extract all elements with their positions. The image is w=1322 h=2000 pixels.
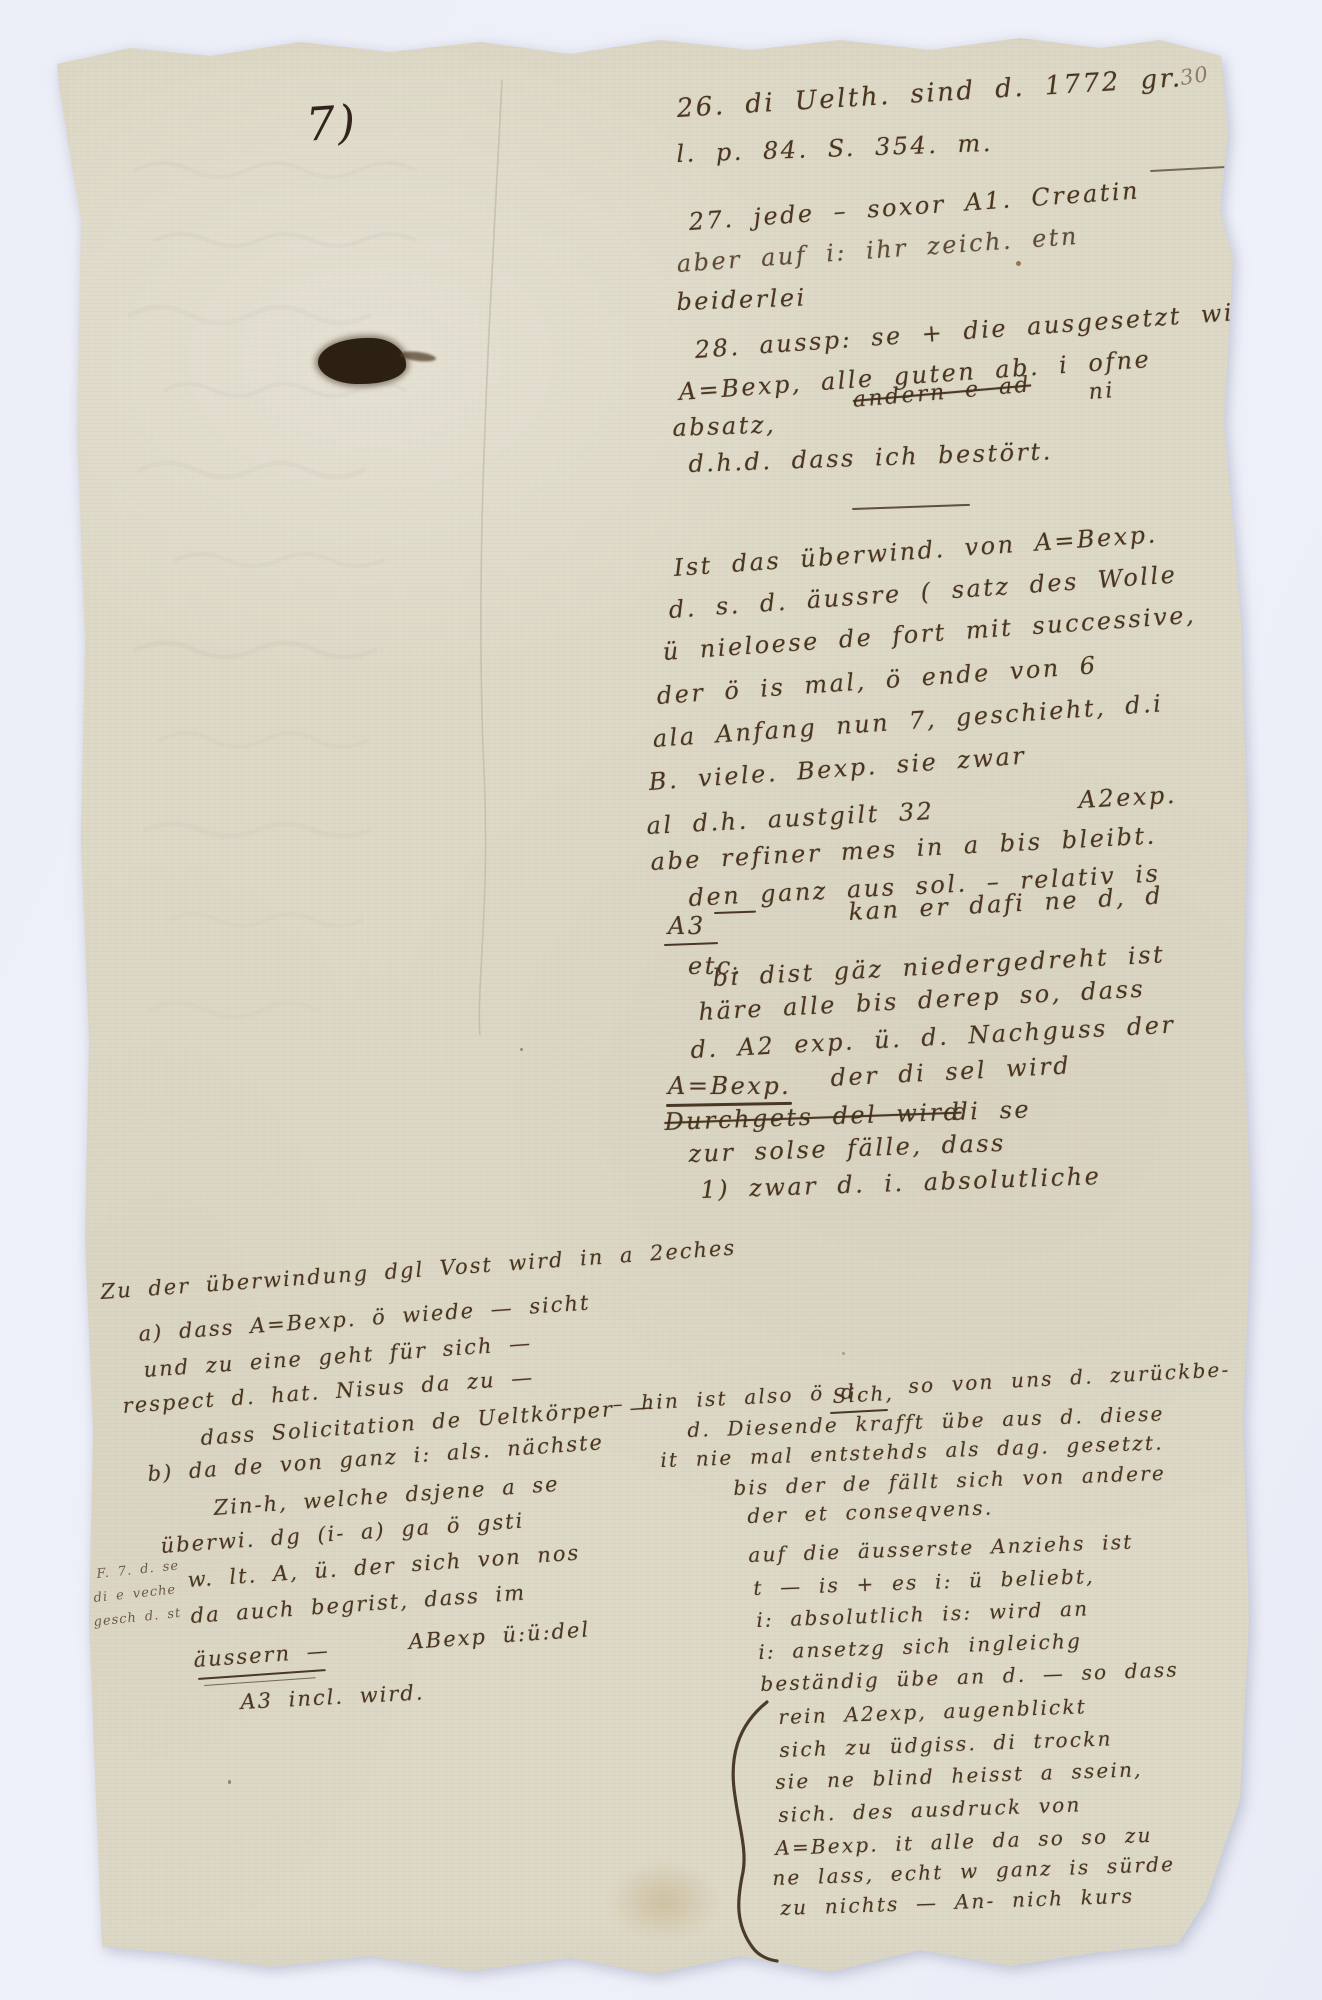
- margin-note-line: di e veche: [93, 1583, 177, 1605]
- handwritten-line: sie ne blind heisst a ssein,: [775, 1759, 1143, 1792]
- handwritten-line: Zu der überwindung dgl Vost wird in a 2e…: [100, 1238, 737, 1303]
- handwritten-line: A=Bexp. it alle da so so zu: [775, 1825, 1153, 1858]
- handwritten-line: Sich,: [832, 1383, 895, 1406]
- handwritten-line: l. p. 84. S. 354. m.: [676, 131, 993, 166]
- scanned-manuscript: 30 7): [0, 0, 1322, 2000]
- handwritten-line: A3: [668, 914, 706, 938]
- handwritten-line: t — is + es i: ü beliebt,: [753, 1566, 1095, 1598]
- handwritten-line: A=Bexp.: [668, 1074, 791, 1098]
- underline-mark: [664, 942, 718, 946]
- underline-mark: [714, 911, 756, 914]
- handwritten-line: zur solse fälle, dass: [688, 1131, 1006, 1166]
- handwritten-line: absatz,: [672, 412, 776, 440]
- paper-speck: [228, 1780, 231, 1784]
- brace-mark: [715, 1698, 785, 1966]
- handwritten-line: ni: [1088, 380, 1116, 404]
- paper-stain: [608, 1860, 720, 1942]
- handwritten-line: der et conseqvens.: [747, 1497, 994, 1526]
- handwritten-line: A2exp.: [1078, 783, 1177, 812]
- handwritten-line: rein A2exp, augenblickt: [778, 1696, 1087, 1727]
- handwritten-line: bis der de fällt sich von andere: [733, 1463, 1166, 1498]
- paper-crease: [440, 70, 540, 1050]
- handwritten-line: 26. di Uelth. sind d. 1772 gr.: [676, 65, 1183, 122]
- handwritten-line: so von uns d. zurückbe-: [908, 1359, 1231, 1396]
- handwritten-line: beständig übe an d. — so dass: [760, 1659, 1179, 1694]
- handwritten-line: d.h.d. dass ich bestört.: [688, 439, 1053, 476]
- paper-speck: [1016, 261, 1021, 266]
- handwritten-line: der di sel wird: [830, 1053, 1072, 1090]
- handwritten-line: sich. des ausdruck von: [778, 1794, 1082, 1825]
- separator-rule: [852, 504, 970, 510]
- handwritten-line: 1) zwar d. i. absolutliche: [700, 1164, 1102, 1202]
- manuscript-page: 30 7): [0, 0, 1322, 2000]
- handwritten-line: i: absolutlich is: wird an: [756, 1598, 1090, 1630]
- handwritten-line: äussern —: [193, 1640, 330, 1670]
- underline-mark: [1150, 165, 1250, 172]
- handwritten-line: auf die äusserste Anziehs ist: [748, 1532, 1134, 1565]
- handwritten-line: ne lass, echt w ganz is sürde: [772, 1854, 1176, 1888]
- margin-note-line: gesch d. st: [93, 1607, 182, 1629]
- margin-note-line: F. 7. d. se: [96, 1559, 180, 1581]
- handwritten-line: ABexp ü:ü:del: [408, 1619, 591, 1653]
- handwritten-line: beiderlei: [676, 285, 807, 314]
- handwritten-line: – hin ist also ö d.: [612, 1381, 865, 1414]
- handwritten-line: sich zu üdgiss. di trockn: [779, 1728, 1113, 1760]
- paper-speck: [842, 1352, 845, 1355]
- handwritten-line: di se: [952, 1097, 1031, 1124]
- handwritten-line: A3 incl. wird.: [240, 1682, 425, 1713]
- handwritten-line: B. viele. Bexp. sie zwar: [648, 744, 1027, 794]
- handwritten-line: i: ansetzg sich ingleichg: [758, 1631, 1082, 1662]
- handwritten-line: da auch begrist, dass im: [190, 1583, 527, 1627]
- handwritten-line: zu nichts — An- nich kurs: [780, 1886, 1135, 1918]
- handwritten-line: al d.h. austgilt 32: [646, 799, 935, 838]
- paper-speck: [520, 1048, 523, 1051]
- underline-mark: [204, 1677, 316, 1686]
